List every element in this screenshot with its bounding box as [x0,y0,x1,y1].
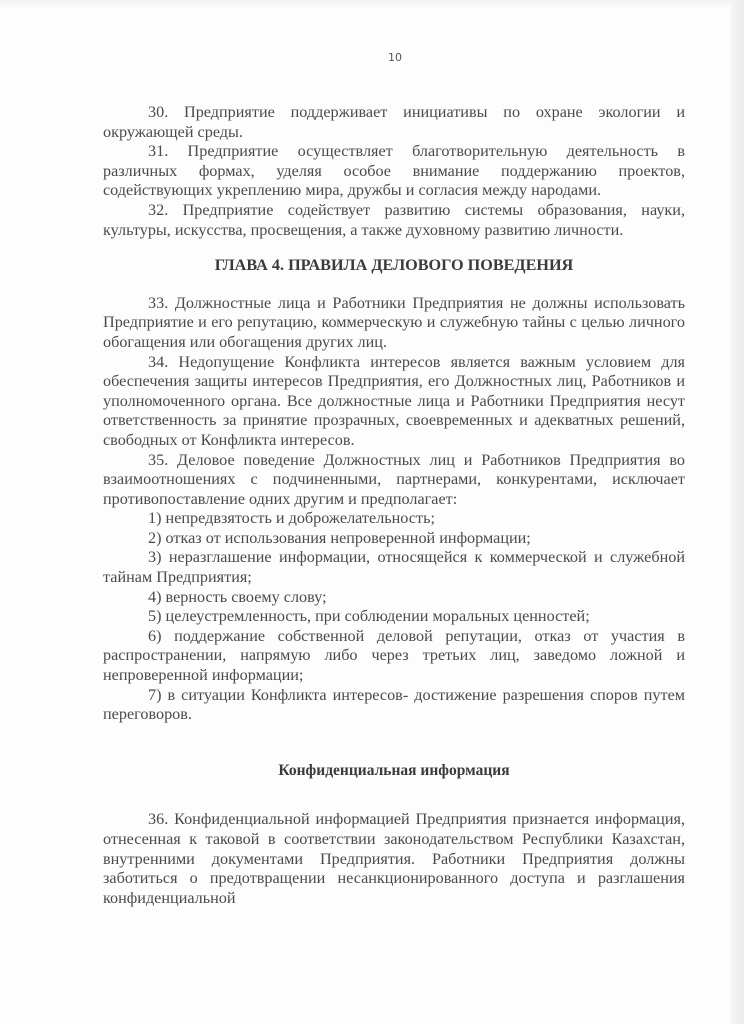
list-item-1: 1) непредвзятость и доброжелательность; [103,509,685,529]
page-edge-right [730,0,744,1024]
paragraph-32: 32. Предприятие содействует развитию сис… [103,201,685,240]
paragraph-33: 33. Должностные лица и Работники Предпри… [103,294,685,353]
list-item-5: 5) целеустремленность, при соблюдении мо… [103,607,685,627]
chapter-title: ГЛАВА 4. ПРАВИЛА ДЕЛОВОГО ПОВЕДЕНИЯ [103,256,685,276]
page-number: 10 [0,51,744,64]
list-item-4: 4) верность своему слову; [103,588,685,608]
paragraph-36: 36. Конфиденциальной информацией Предпри… [103,810,685,908]
paragraph-30: 30. Предприятие поддерживает инициативы … [103,103,685,142]
paragraph-31: 31. Предприятие осуществляет благотворит… [103,142,685,201]
list-item-6: 6) поддержание собственной деловой репут… [103,627,685,686]
section-title: Конфиденциальная информация [103,761,685,781]
document-body: 30. Предприятие поддерживает инициативы … [103,103,685,908]
paragraph-34: 34. Недопущение Конфликта интересов явля… [103,353,685,451]
page-edge-top [0,0,744,8]
list-item-2: 2) отказ от использования непроверенной … [103,529,685,549]
list-item-7: 7) в ситуации Конфликта интересов- дости… [103,686,685,725]
list-item-3: 3) неразглашение информации, относящейся… [103,548,685,587]
paragraph-35: 35. Деловое поведение Должностных лиц и … [103,451,685,510]
